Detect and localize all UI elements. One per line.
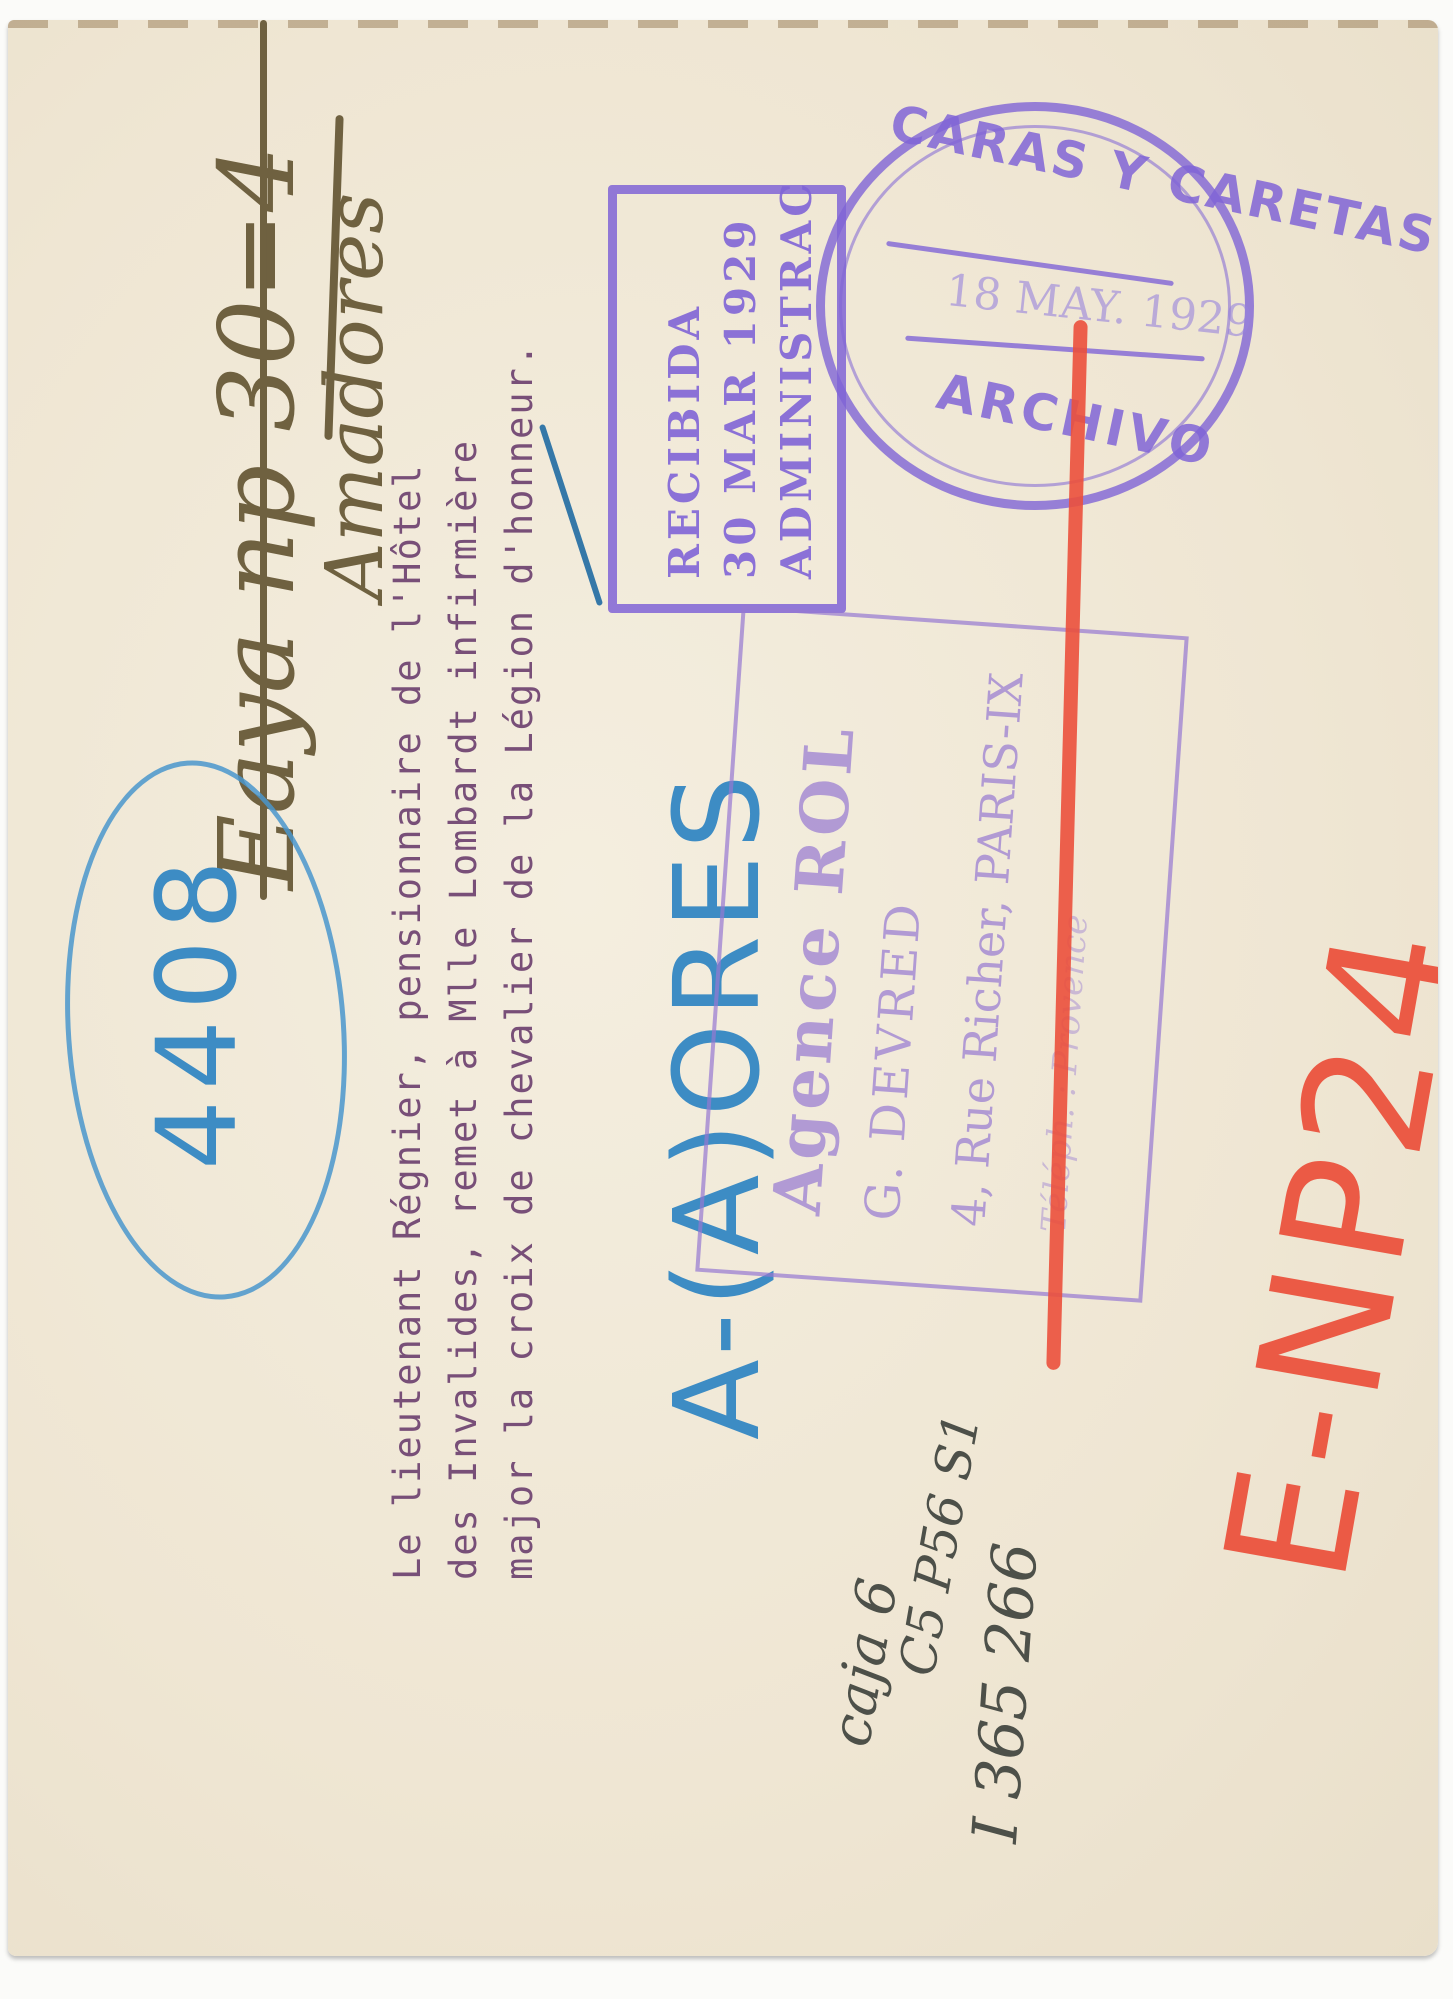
red-pencil-code: E-NP24 — [1188, 907, 1438, 1594]
blue-circled-number: 4408 — [133, 850, 261, 1170]
received-stamp: RECIBIDA 30 MAR 1929 ADMINISTRAC — [608, 185, 846, 613]
graphite-note-inventory: I 365 266 — [958, 1540, 1052, 1845]
agency-stamp: Agence ROL G. DEVRED 4, Rue Richer, PARI… — [695, 605, 1189, 1303]
caption-line-2: des Invalides, remet à Mlle Lombardt inf… — [436, 342, 492, 1580]
received-stamp-title: RECIBIDA — [657, 179, 713, 579]
caption-line-3: major la croix de chevalier de la Légion… — [492, 342, 548, 1580]
photo-back-paper: Eaya np 30=4 Amadores 4408 A-(A)ORES Le … — [8, 20, 1438, 1956]
received-stamp-date: 30 MAR 1929 — [713, 179, 769, 579]
received-stamp-dept: ADMINISTRAC — [769, 179, 825, 579]
typed-caption: Le lieutenant Régnier, pensionnaire de l… — [380, 342, 548, 1580]
caption-line-1: Le lieutenant Régnier, pensionnaire de l… — [380, 342, 436, 1580]
blue-pencil-stroke — [539, 424, 603, 607]
archive-round-stamp: CARAS Y CARETAS 18 MAY. 1929 ARCHIVO — [816, 102, 1254, 510]
